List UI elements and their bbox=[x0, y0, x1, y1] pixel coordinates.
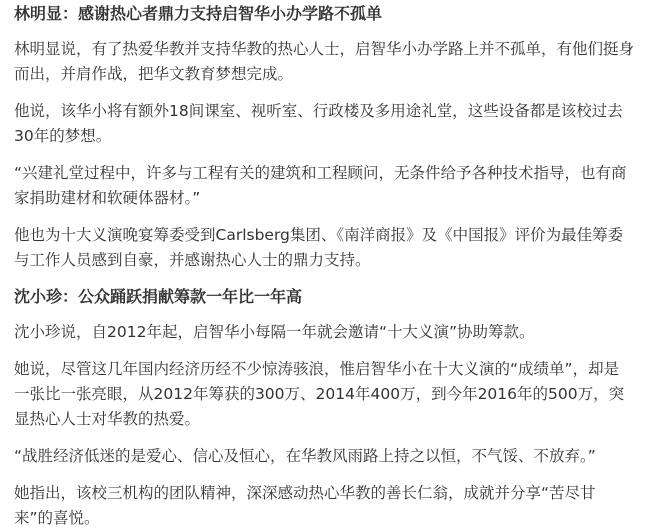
quote-paragraph: “战胜经济低迷的是爱心、信心及恒心，在华教风雨路上持之以恒，不气馁、不放弃。” bbox=[14, 444, 634, 469]
paragraph: 她指出，该校三机构的团队精神，深深感动热心华教的善长仁翁，成就并分享“苦尽甘来”… bbox=[14, 481, 634, 528]
section-heading: 沈小珍：公众踊跃捐献筹款一年比一年高 bbox=[14, 285, 634, 309]
paragraph: 沈小珍说，自2012年起，启智华小每隔一年就会邀请“十大义演”协助筹款。 bbox=[14, 320, 634, 345]
paragraph: 他也为十大义演晚宴筹委受到Carlsberg集团、《南洋商报》及《中国报》评价为… bbox=[14, 223, 634, 273]
paragraph: 她说，尽管这几年国内经济历经不少惊涛骇浪，惟启智华小在十大义演的“成绩单”，却是… bbox=[14, 357, 634, 432]
quote-paragraph: “兴建礼堂过程中，许多与工程有关的建筑和工程顾问，无条件给予各种技术指导，也有商… bbox=[14, 161, 634, 211]
article-body: 林明显：感谢热心者鼎力支持启智华小办学路不孤单 林明显说，有了热爱华教并支持华教… bbox=[0, 0, 648, 528]
section-heading: 林明显：感谢热心者鼎力支持启智华小办学路不孤单 bbox=[14, 2, 634, 26]
paragraph: 他说，该华小将有额外18间课室、视听室、行政楼及多用途礼堂，这些设备都是该校过去… bbox=[14, 99, 634, 149]
paragraph: 林明显说，有了热爱华教并支持华教的热心人士，启智华小办学路上并不孤单，有他们挺身… bbox=[14, 37, 634, 87]
